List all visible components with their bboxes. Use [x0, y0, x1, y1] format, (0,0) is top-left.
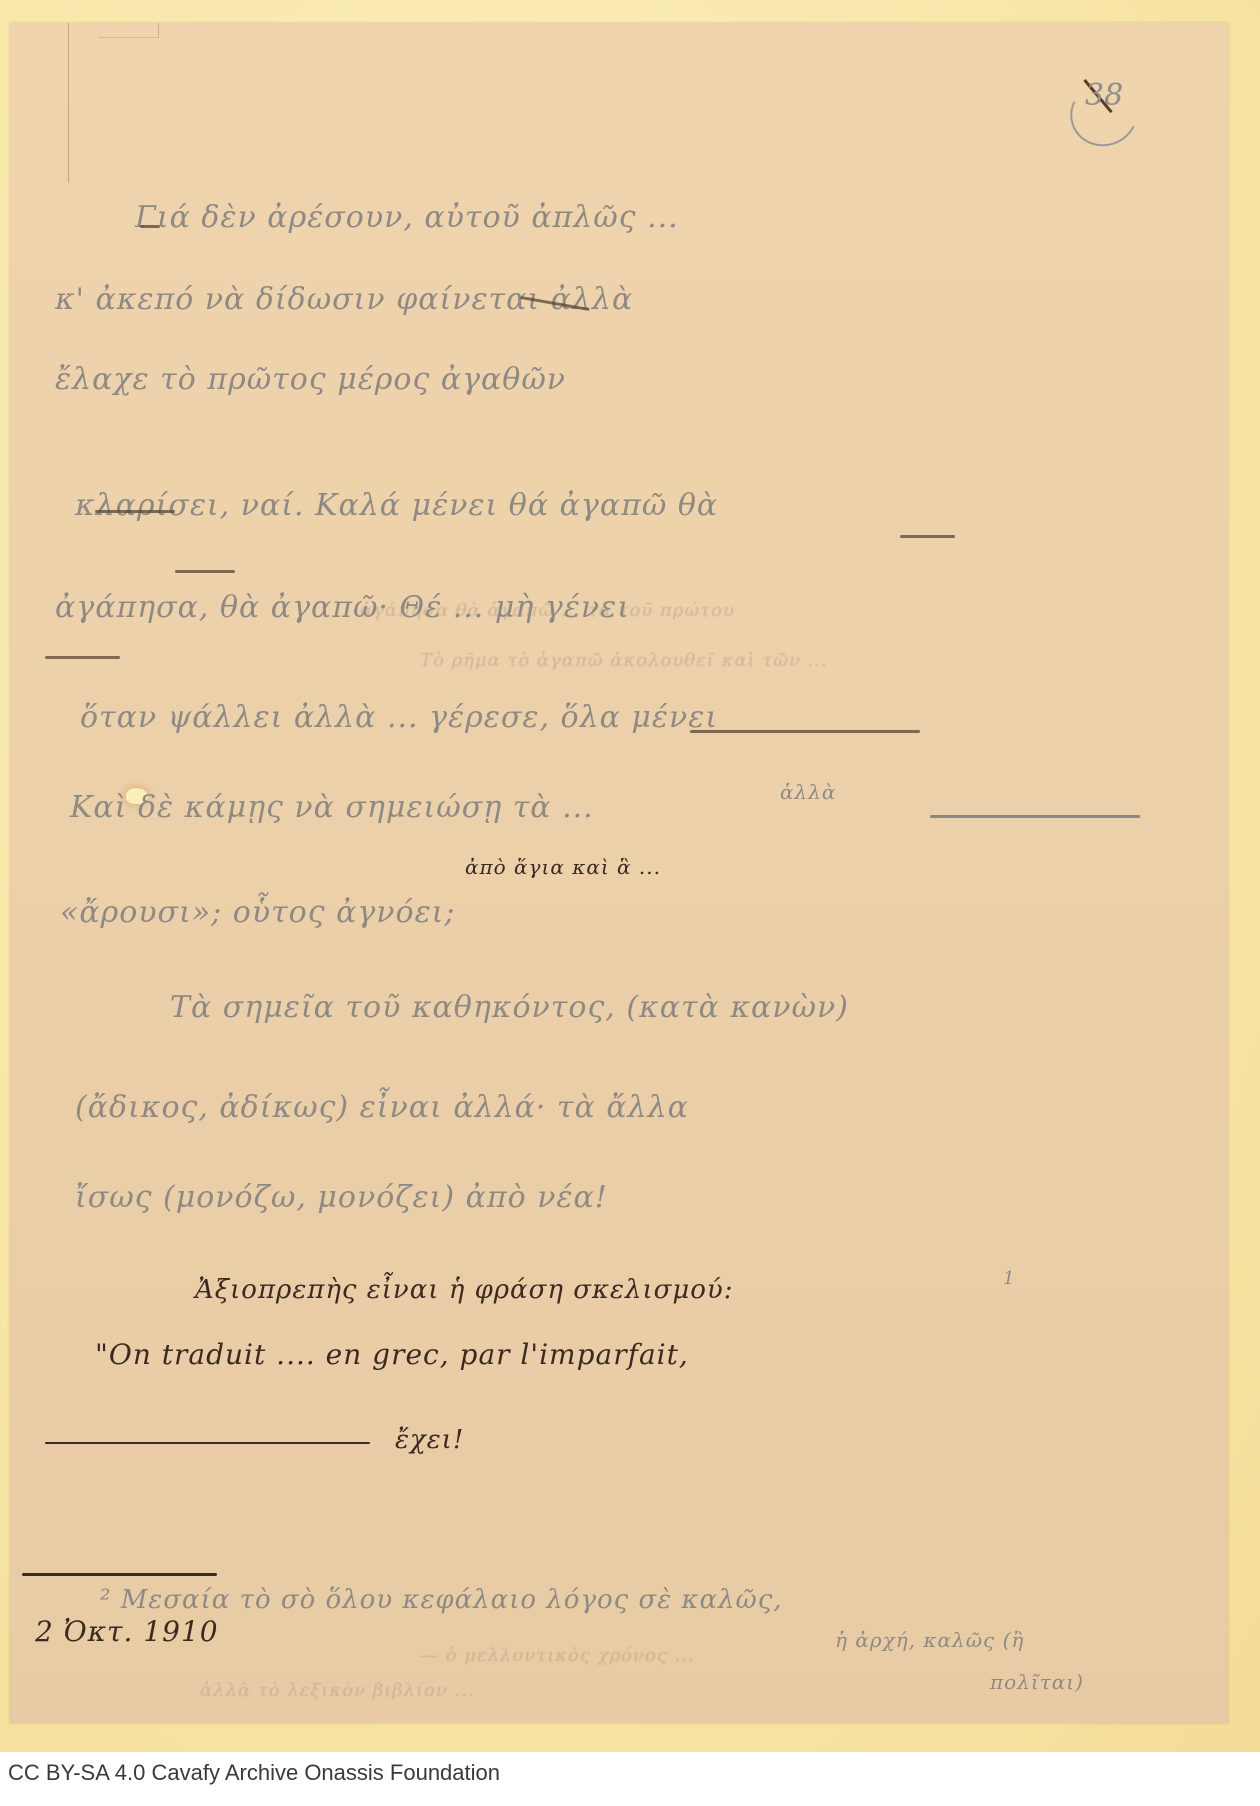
manuscript-line: Γιά δὲν ἀρέσουν, αὐτοῦ ἀπλῶς ... — [135, 200, 679, 235]
manuscript-line: κλαρίσει, ναί. Καλά μένει θά ἀγαπῶ θὰ — [75, 488, 718, 523]
manuscript-line: ὅταν ψάλλει ἀλλὰ ... γέρεσε, ὅλα μένει — [80, 700, 718, 735]
interlinear-note: ἀλλὰ — [780, 780, 836, 804]
manuscript-line: Τὰ σημεῖα τοῦ καθηκόντος, (κατὰ κανὼν) — [170, 990, 849, 1025]
bleed-through-text: Τὸ ρῆμα τὸ ἀγαπῶ ἀκολουθεῖ καὶ τῶν ... — [420, 650, 828, 671]
strikethrough — [690, 730, 920, 733]
ink-rule — [45, 1442, 370, 1444]
superscript-note: 1 — [1003, 1268, 1015, 1289]
footnote-line: ² Μεσαία τὸ σὸ ὅλου κεφάλαιο λόγος σὲ κα… — [100, 1585, 783, 1615]
license-caption: CC BY-SA 4.0 Cavafy Archive Onassis Foun… — [8, 1760, 500, 1786]
manuscript-line: «ἄρουσι»; οὗτος ἀγνόει; — [60, 895, 456, 930]
strikethrough — [95, 510, 175, 513]
paper-crease — [68, 23, 69, 183]
bleed-through-text: — ὁ μελλοντικὸς χρόνος ... — [420, 1645, 695, 1666]
bleed-through-text: ἀλλὰ τὸ λεξικὸν βιβλίον ... — [200, 1680, 475, 1701]
footnote-rule — [22, 1573, 217, 1576]
manuscript-line: (ἄδικος, ἀδίκως) εἶναι ἀλλά· τὰ ἄλλα — [75, 1090, 689, 1125]
manuscript-line: Ἀξιοπρεπὴς εἶναι ἡ φράση σκελισμού: — [195, 1275, 734, 1305]
manuscript-date: 2 Ὀκτ. 1910 — [35, 1615, 219, 1648]
paper-tear — [98, 23, 159, 38]
ink-smudge — [140, 225, 160, 228]
footnote-line: ἡ ἀρχή, καλῶς (ἢ — [835, 1628, 1024, 1652]
manuscript-line: Καὶ δὲ κάμῃς νὰ σημειώσῃ τὰ ... — [70, 790, 594, 825]
ink-smudge — [900, 535, 955, 538]
page-number: 38 — [1085, 78, 1123, 113]
footnote-line: πολῖται) — [990, 1670, 1084, 1694]
strikethrough — [45, 656, 120, 659]
manuscript-line: ἀγάπησα, θὰ ἀγαπῶ· Θέ ... μὴ γένει — [55, 590, 630, 625]
manuscript-line: ἔλαχε τὸ πρῶτος μέρος ἀγαθῶν — [55, 362, 566, 397]
interlinear-note: ἀπὸ ἅγια καὶ ἃ ... — [465, 855, 661, 879]
manuscript-line: "On traduit .... en grec, par l'imparfai… — [95, 1338, 689, 1371]
manuscript-line: ἴσως (μονόζω, μονόζει) ἀπὸ νέα! — [75, 1180, 608, 1215]
strikethrough — [930, 815, 1140, 818]
ink-smudge — [175, 570, 235, 573]
manuscript-line: ἔχει! — [395, 1425, 464, 1455]
